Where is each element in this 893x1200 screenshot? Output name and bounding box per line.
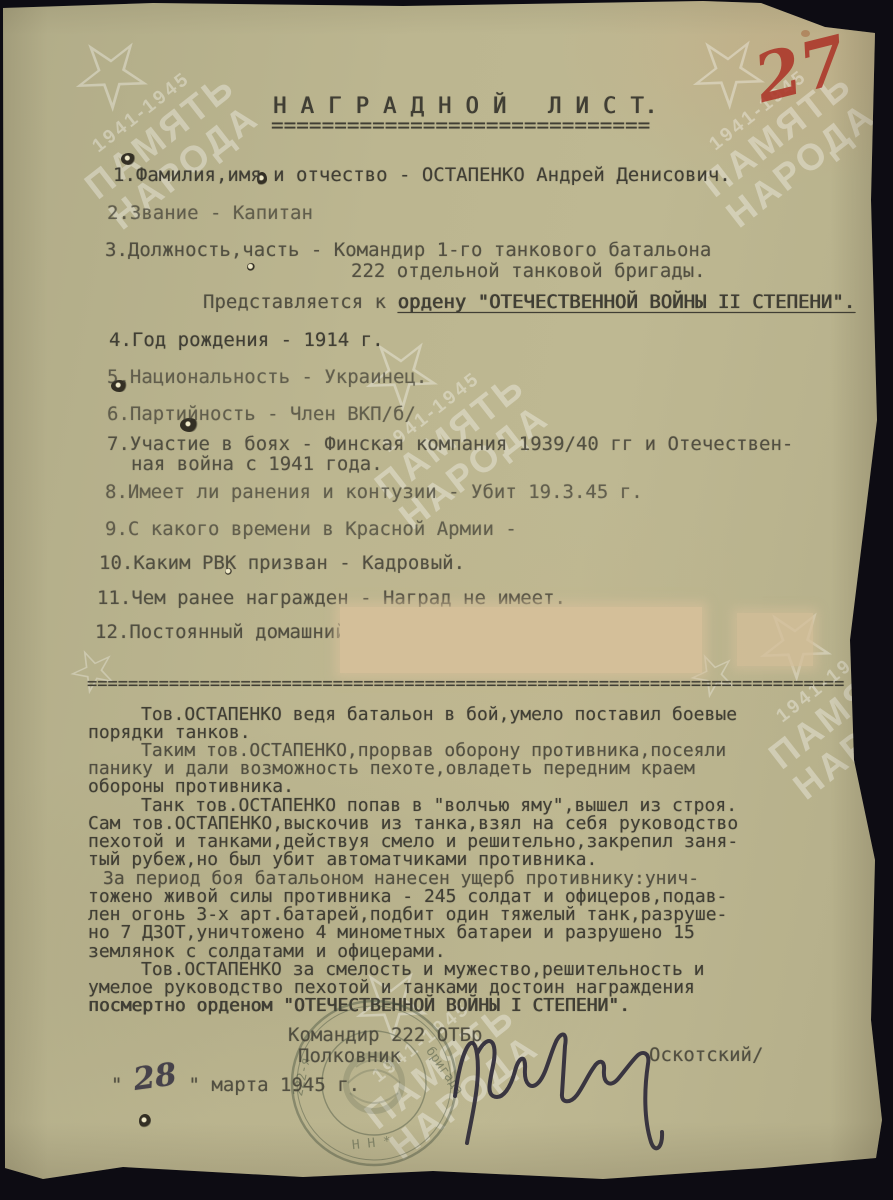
field-line: 6.Партийность - Член ВКП/б/ bbox=[107, 405, 416, 424]
field-line: 5.Национальность - Украинец. bbox=[107, 368, 427, 387]
field-line: 8.Имеет ли ранения и контузии - Убит 19.… bbox=[105, 483, 643, 502]
scan-background: ☆ 1941-1945 ПАМЯТЬ НАРОДА ☆ 1941-1945 ПА… bbox=[0, 0, 893, 1200]
field-line: 4.Год рождения - 1914 г. bbox=[109, 331, 384, 350]
field-line: 1.Фамилия,имя и отчество - ОСТАПЕНКО Анд… bbox=[113, 166, 731, 185]
body-line: но 7 ДЗОТ,уничтожено 4 минометных батаре… bbox=[88, 924, 695, 942]
document-paper: ☆ 1941-1945 ПАМЯТЬ НАРОДА ☆ 1941-1945 ПА… bbox=[3, 0, 885, 1192]
body-line: тый рубеж,но был убит автоматчиками прот… bbox=[88, 851, 597, 869]
field-line: 9.С какого времени в Красной Армии - bbox=[105, 520, 517, 539]
presentation-line: Представляется к ордену "ОТЕЧЕСТВЕННОЙ В… bbox=[203, 293, 855, 312]
body-line: обороны противника. bbox=[88, 778, 294, 796]
field-line: 222 отдельной танковой бригады. bbox=[351, 262, 706, 281]
field-line: 2.Звание - Капитан bbox=[107, 204, 313, 223]
handwritten-signature bbox=[441, 998, 676, 1163]
section-divider: ========================================… bbox=[87, 674, 844, 694]
handwritten-page-number: 27 bbox=[747, 20, 855, 118]
award-name: ордену "ОТЕЧЕСТВЕННОЙ ВОЙНЫ II СТЕПЕНИ". bbox=[397, 291, 855, 313]
handwritten-day: 28 bbox=[132, 1065, 177, 1090]
title-underline: ============================== bbox=[271, 113, 650, 137]
paper-patch bbox=[737, 613, 813, 666]
stamp-text-fragment: Н Н * bbox=[351, 1134, 391, 1153]
quote-mark: " bbox=[111, 1074, 122, 1096]
presentation-prefix: Представляется к bbox=[203, 291, 397, 313]
signature-rank-line: Полковник bbox=[298, 1047, 401, 1066]
field-line: 7.Участие в боях - Финская компания 1939… bbox=[107, 435, 793, 454]
paper-hole bbox=[139, 1114, 151, 1128]
redacted-address-block bbox=[340, 607, 702, 673]
watermark-word: ПАМЯТЬ bbox=[62, 54, 259, 220]
field-line: ная война с 1941 года. bbox=[131, 455, 383, 474]
field-line: 3.Должность,часть - Командир 1-го танков… bbox=[105, 241, 711, 260]
field-line: 10.Каким РВК призван - Кадровый. bbox=[99, 554, 465, 573]
paper-hole bbox=[247, 263, 255, 271]
field-line: 11.Чем ранее награжден - Наград не имеет… bbox=[97, 589, 566, 608]
date-text: " марта 1945 г. bbox=[189, 1074, 361, 1096]
archive-watermark: ☆ 1941-1945 ПАМЯТЬ НАРОДА bbox=[616, 0, 893, 248]
date-line: " 28 " марта 1945 г. bbox=[111, 1072, 360, 1095]
star-outline-icon: ☆ bbox=[0, 0, 222, 172]
signature-name: Оскотский/ bbox=[649, 1046, 763, 1065]
